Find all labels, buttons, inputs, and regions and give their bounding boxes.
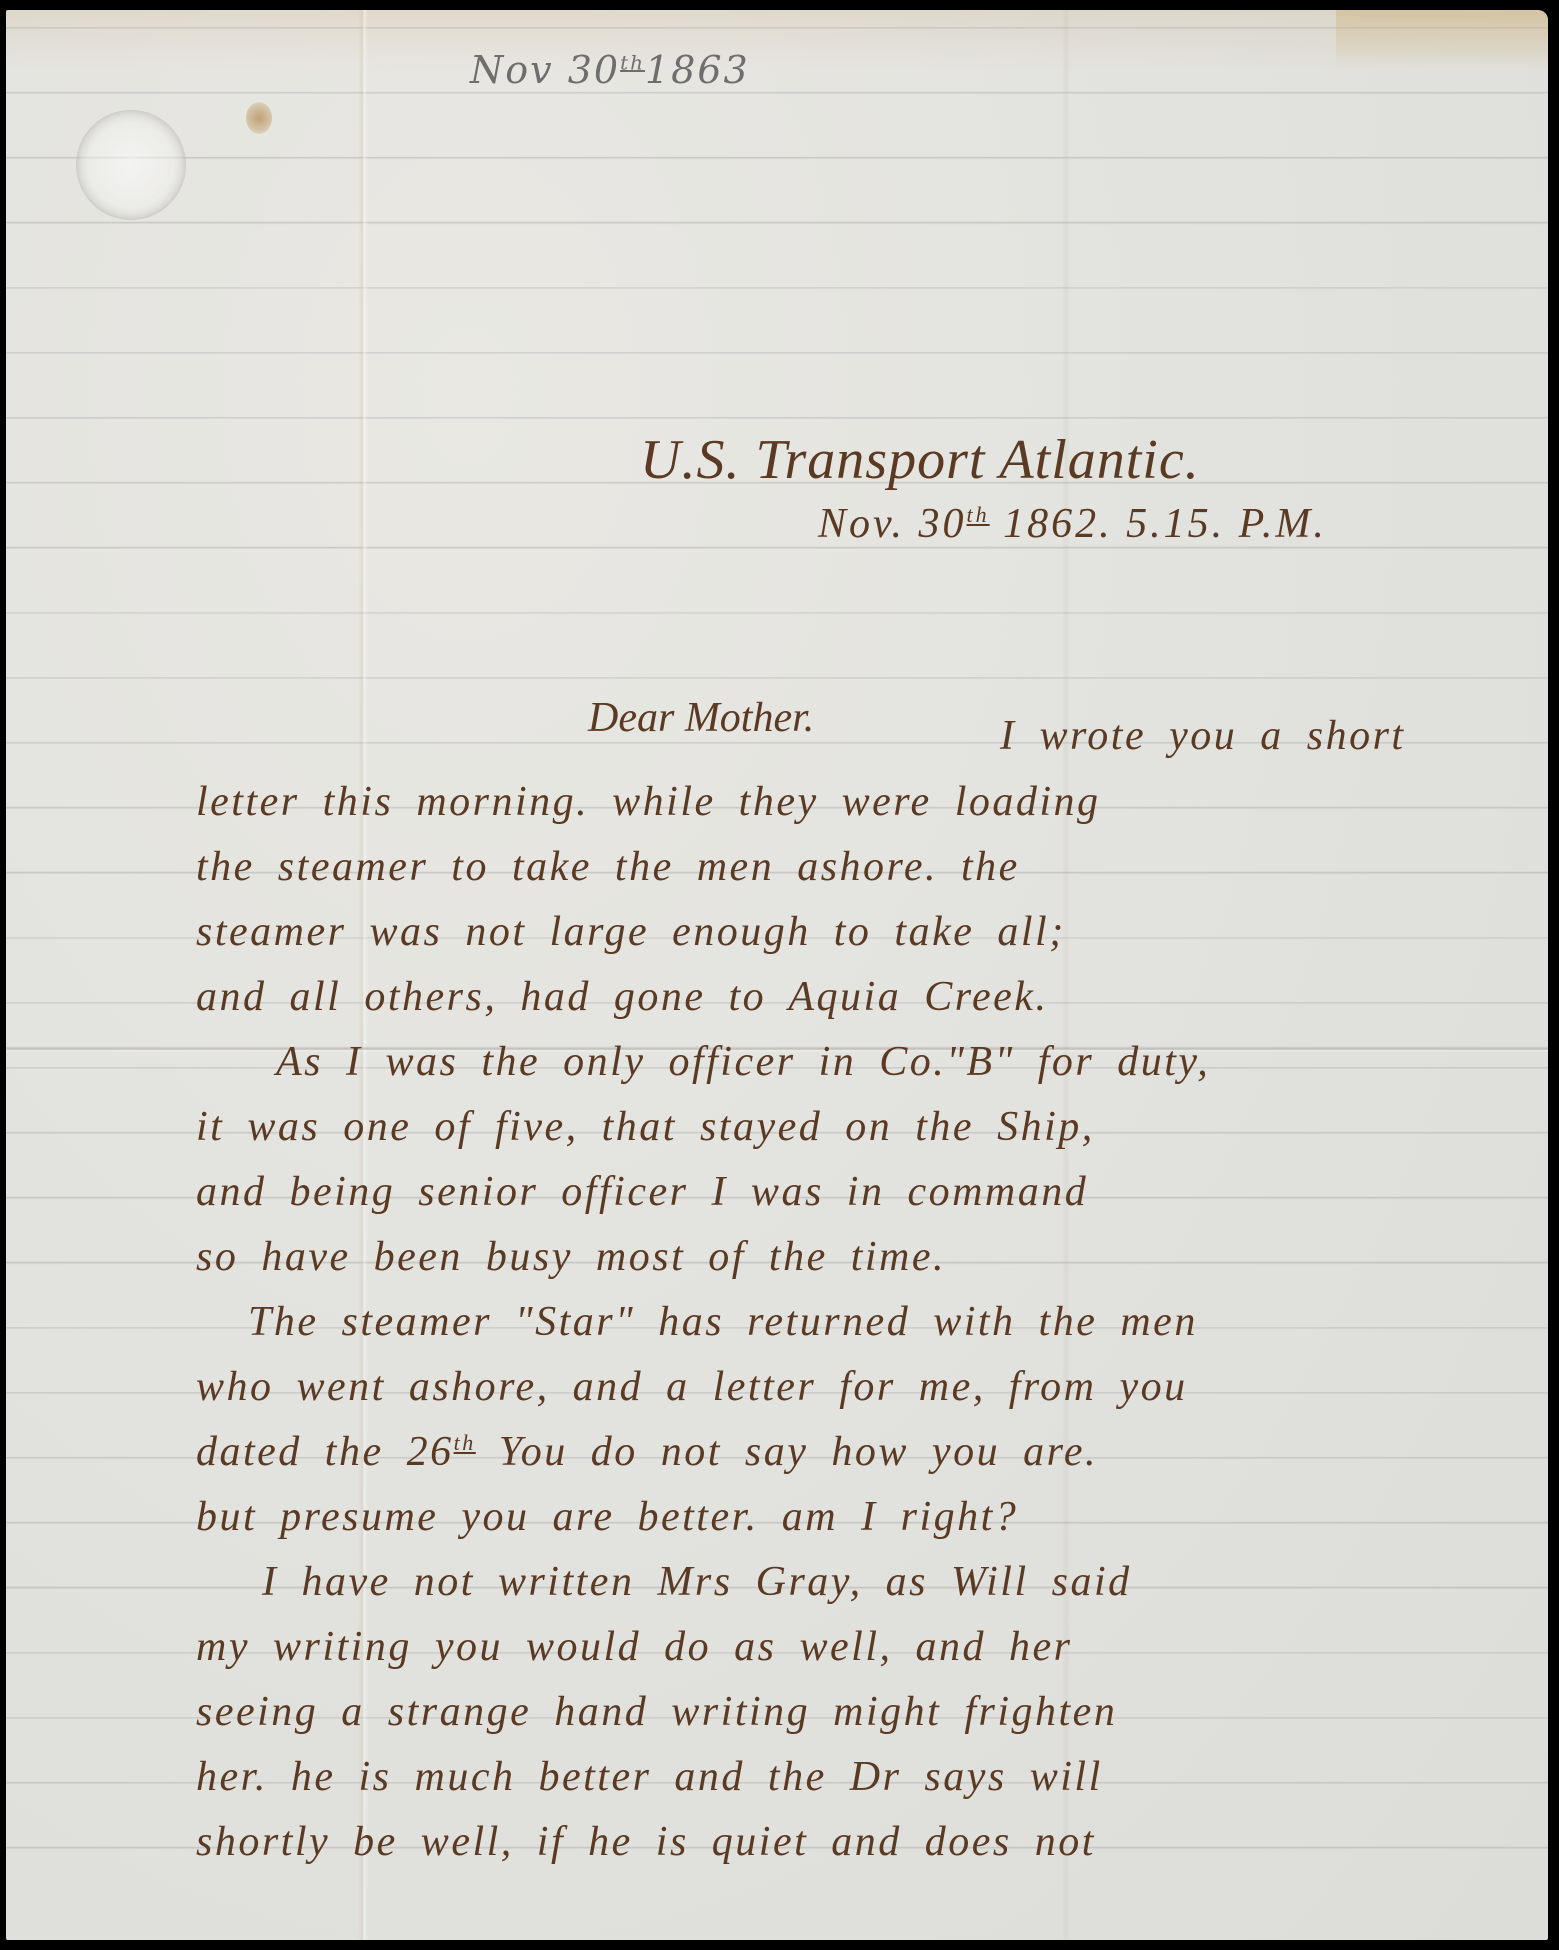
ordinal-suffix: th (454, 1430, 476, 1455)
letter-line: her. he is much better and the Dr says w… (196, 1753, 1103, 1801)
letter-line: who went ashore, and a letter for me, fr… (196, 1363, 1188, 1411)
letter-line: seeing a strange hand writing might frig… (196, 1688, 1117, 1736)
archival-day: 30 (568, 48, 620, 92)
letter-line: but presume you are better. am I right? (196, 1493, 1018, 1541)
letter-line: I wrote you a short (1000, 712, 1406, 760)
letter-salutation: Dear Mother. (588, 694, 814, 742)
archival-day-suffix: th (620, 50, 645, 74)
letter-line: I have not written Mrs Gray, as Will sai… (262, 1558, 1132, 1606)
letter-line: it was one of five, that stayed on the S… (196, 1103, 1095, 1151)
age-stain (1336, 10, 1548, 70)
heading-date-rest: 1862. 5.15. P.M. (990, 501, 1327, 547)
heading-date-prefix: Nov. 30 (818, 501, 967, 547)
heading-date-suffix: th (967, 502, 990, 527)
letter-line: so have been busy most of the time. (196, 1233, 946, 1281)
letter-line: the steamer to take the men ashore. the (196, 843, 1020, 891)
archival-month: Nov (470, 48, 554, 92)
letter-heading-location: U.S. Transport Atlantic. (640, 428, 1200, 492)
ink-stain (246, 102, 272, 134)
letter-line: my writing you would do as well, and her (196, 1623, 1073, 1671)
archival-pencil-note: Nov 30th1863 (470, 48, 750, 92)
letter-heading-date: Nov. 30th 1862. 5.15. P.M. (818, 500, 1327, 548)
letter-line: The steamer "Star" has returned with the… (248, 1298, 1198, 1346)
archival-year: 1863 (645, 48, 750, 92)
letter-line: steamer was not large enough to take all… (196, 908, 1066, 956)
letter-line: dated the 26th You do not say how you ar… (196, 1428, 1098, 1476)
letter-line: and being senior officer I was in comman… (196, 1168, 1088, 1216)
letter-line: and all others, had gone to Aquia Creek. (196, 973, 1048, 1021)
letter-line: shortly be well, if he is quiet and does… (196, 1818, 1096, 1866)
letter-line: As I was the only officer in Co."B" for … (276, 1038, 1210, 1086)
letter-line: letter this morning. while they were loa… (196, 778, 1101, 826)
embossed-seal-icon (76, 110, 186, 220)
